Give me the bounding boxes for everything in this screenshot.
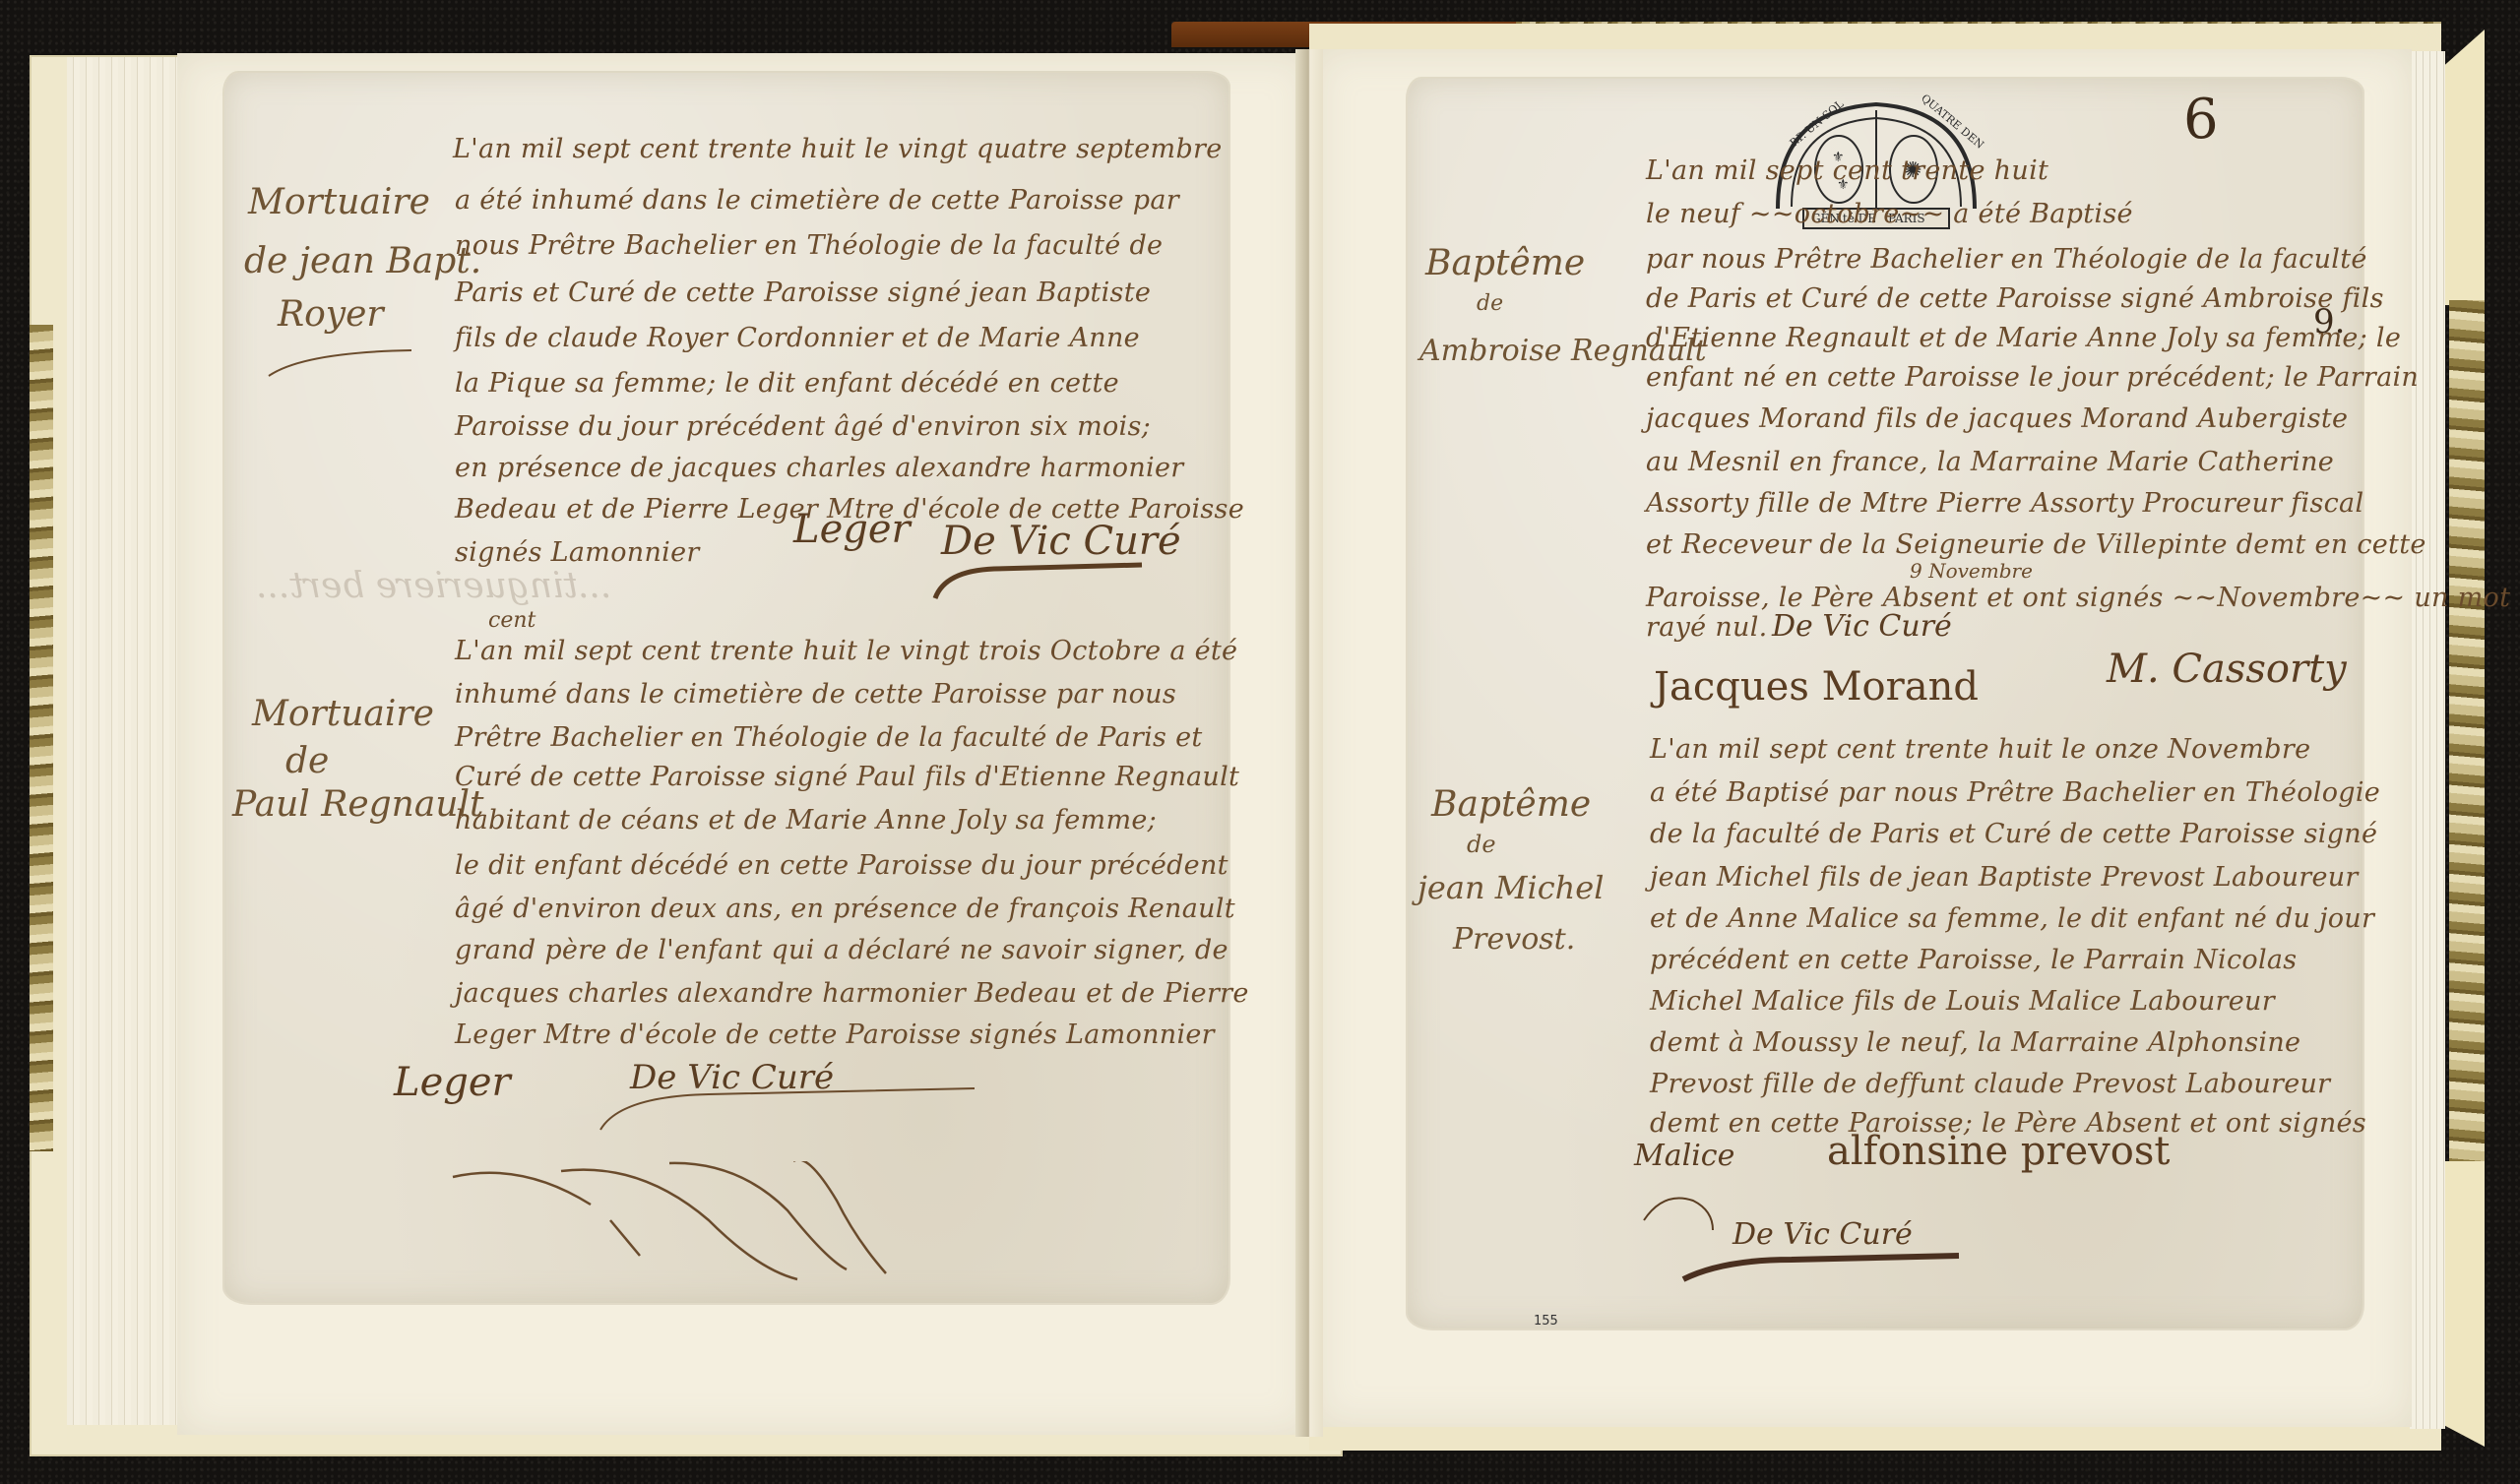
vellum-corner-bottom-right bbox=[2441, 1161, 2485, 1447]
signature: M. Cassorty bbox=[2107, 649, 2347, 689]
entry-line: le neuf ~~octobre~~ a été Baptisé bbox=[1646, 201, 2133, 227]
entry-line: demt à Moussy le neuf, la Marraine Alpho… bbox=[1650, 1029, 2300, 1056]
signature-flourish bbox=[591, 1082, 984, 1142]
entry-line: le dit enfant décédé en cette Paroisse d… bbox=[455, 852, 1228, 879]
signature: Leger bbox=[394, 1063, 511, 1102]
entry-line: fils de claude Royer Cordonnier et de Ma… bbox=[455, 325, 1140, 351]
entry-line: L'an mil sept cent trente huit le vingt … bbox=[455, 638, 1237, 664]
margin-title-line: Baptême bbox=[1431, 787, 1591, 823]
entry-line: Prevost fille de deffunt claude Prevost … bbox=[1650, 1071, 2330, 1097]
entry-line: a été inhumé dans le cimetière de cette … bbox=[455, 187, 1179, 214]
flourish-underline bbox=[264, 342, 421, 382]
margin-title-line: jean Michel bbox=[1417, 872, 1604, 903]
interlinear-insertion: 9 Novembre bbox=[1910, 561, 2033, 581]
margin-title-line: Baptême bbox=[1425, 246, 1585, 281]
entry-line: la Pique sa femme; le dit enfant décédé … bbox=[455, 370, 1119, 397]
entry-line: âgé d'environ deux ans, en présence de f… bbox=[455, 896, 1235, 922]
marbled-cover-edge-left bbox=[30, 325, 53, 1151]
entry-line: jacques Morand fils de jacques Morand Au… bbox=[1646, 405, 2348, 432]
entry-line: nous Prêtre Bachelier en Théologie de la… bbox=[455, 232, 1163, 259]
entry-line: précédent en cette Paroisse, le Parrain … bbox=[1650, 947, 2297, 973]
entry-line: Curé de cette Paroisse signé Paul fils d… bbox=[455, 764, 1239, 790]
entry-line: grand père de l'enfant qui a déclaré ne … bbox=[455, 937, 1228, 963]
margin-title-line: Mortuaire bbox=[252, 697, 434, 732]
entry-line: Paroisse du jour précédent âgé d'environ… bbox=[455, 413, 1151, 440]
entry-line: Prêtre Bachelier en Théologie de la facu… bbox=[455, 724, 1203, 751]
entry-line: par nous Prêtre Bachelier en Théologie d… bbox=[1646, 246, 2367, 273]
closing-pen-strokes bbox=[443, 1161, 1132, 1319]
open-register-book: Mortuaire de jean Bapt. Royer L'an mil s… bbox=[0, 0, 2520, 1484]
margin-title-line: de bbox=[1477, 293, 1503, 315]
entry-line: et Receveur de la Seigneurie de Villepin… bbox=[1646, 531, 2426, 558]
entry-line: a été Baptisé par nous Prêtre Bachelier … bbox=[1650, 779, 2380, 806]
margin-title-line: de bbox=[285, 744, 329, 779]
margin-title-line: Royer bbox=[278, 297, 384, 333]
signature-flourish bbox=[1634, 1161, 1969, 1289]
entry-line: en présence de jacques charles alexandre… bbox=[455, 455, 1183, 481]
signature: Leger bbox=[793, 510, 911, 549]
margin-title-line: de bbox=[1467, 833, 1496, 856]
entry-line: inhumé dans le cimetière de cette Parois… bbox=[455, 681, 1176, 708]
signature-flourish bbox=[925, 551, 1152, 610]
entry-line: Assorty fille de Mtre Pierre Assorty Pro… bbox=[1646, 490, 2363, 517]
entry-line: de Paris et Curé de cette Paroisse signé… bbox=[1646, 285, 2384, 312]
entry-line: jacques charles alexandre harmonier Bede… bbox=[455, 980, 1249, 1007]
bleed-through-text: ...tingueriere bert... bbox=[256, 569, 611, 604]
marbled-cover-edge-right bbox=[2449, 300, 2485, 1166]
folio-number: 6 bbox=[2183, 93, 2219, 148]
entry-line: Paris et Curé de cette Paroisse signé je… bbox=[455, 279, 1151, 306]
entry-line: Leger Mtre d'école de cette Paroisse sig… bbox=[455, 1021, 1215, 1048]
entry-line: L'an mil sept cent trente huit le vingt … bbox=[453, 136, 1223, 162]
entry-line: L'an mil sept cent trente huit le onze N… bbox=[1650, 736, 2310, 763]
vellum-corner-top-right bbox=[2441, 30, 2485, 305]
entry-line: Paroisse, le Père Absent et ont signés ~… bbox=[1646, 585, 2510, 611]
margin-title-line: Prevost. bbox=[1453, 925, 1575, 955]
entry-line: au Mesnil en france, la Marraine Marie C… bbox=[1646, 449, 2334, 475]
entry-line: signés Lamonnier bbox=[455, 539, 700, 566]
signature: Jacques Morand bbox=[1654, 667, 1979, 707]
page-stack-right bbox=[2410, 51, 2445, 1429]
page-stack-left bbox=[67, 57, 185, 1425]
margin-title-line: Mortuaire bbox=[248, 185, 430, 220]
interlinear-insertion: cent bbox=[488, 610, 535, 632]
entry-line: L'an mil sept cent trente huit bbox=[1646, 157, 2048, 184]
entry-line: jean Michel fils de jean Baptiste Prevos… bbox=[1650, 864, 2359, 891]
signature: De Vic Curé bbox=[1772, 612, 1952, 642]
margin-title-line: Paul Regnault bbox=[232, 787, 483, 823]
entry-line: de la faculté de Paris et Curé de cette … bbox=[1650, 821, 2377, 847]
entry-line: Michel Malice fils de Louis Malice Labou… bbox=[1650, 988, 2275, 1015]
entry-line: et de Anne Malice sa femme, le dit enfan… bbox=[1650, 905, 2374, 932]
entry-line: d'Etienne Regnault et de Marie Anne Joly… bbox=[1646, 325, 2401, 351]
entry-line: enfant né en cette Paroisse le jour préc… bbox=[1646, 364, 2419, 391]
book-gutter bbox=[1295, 49, 1323, 1437]
margin-title-line: de jean Bapt. bbox=[244, 244, 481, 279]
entry-line: rayé nul. bbox=[1646, 614, 1768, 641]
entry-line: habitant de céans et de Marie Anne Joly … bbox=[455, 807, 1157, 834]
printed-page-number: 155 bbox=[1534, 1315, 1558, 1328]
